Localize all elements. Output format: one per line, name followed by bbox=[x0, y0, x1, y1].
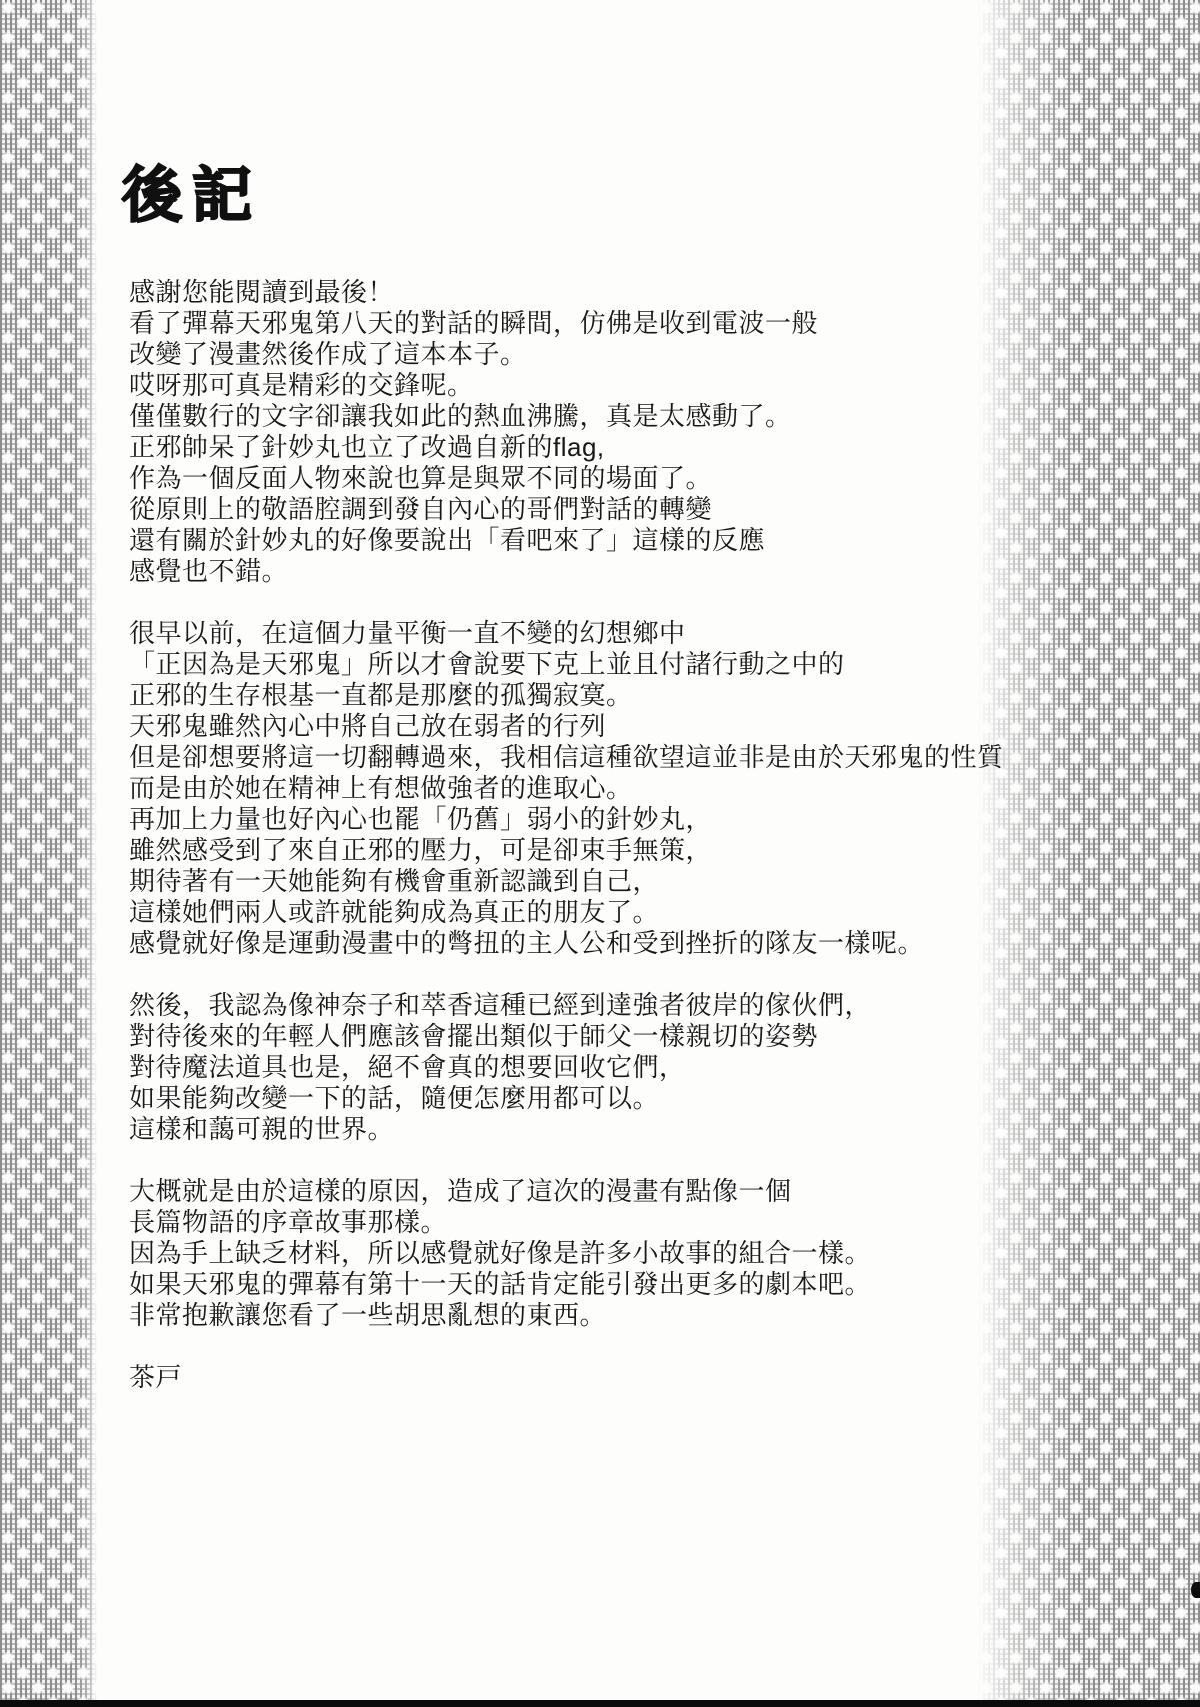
text-line: 哎呀那可真是精彩的交鋒呢。 bbox=[129, 370, 1029, 401]
text-line: 但是卻想要將這一切翻轉過來，我相信這種欲望這並非是由於天邪鬼的性質 bbox=[129, 742, 1029, 773]
paragraph: 然後，我認為像神奈子和萃香這種已經到達強者彼岸的傢伙們， 對待後來的年輕人們應該… bbox=[129, 990, 1029, 1145]
text-line: 「正因為是天邪鬼」所以才會說要下克上並且付諸行動之中的 bbox=[129, 649, 1029, 680]
text-line: 看了彈幕天邪鬼第八天的對話的瞬間，仿佛是收到電波一般 bbox=[129, 308, 1029, 339]
text-line: 感謝您能閱讀到最後！ bbox=[129, 277, 1029, 308]
text-line: 正邪帥呆了針妙丸也立了改過自新的flag, bbox=[129, 432, 1029, 463]
paragraph: 感謝您能閱讀到最後！ 看了彈幕天邪鬼第八天的對話的瞬間，仿佛是收到電波一般 改變… bbox=[129, 277, 1029, 587]
page-title: 後記 bbox=[122, 148, 262, 234]
text-line: 這樣和藹可親的世界。 bbox=[129, 1114, 1029, 1145]
text-line: 還有關於針妙丸的好像要說出「看吧來了」這樣的反應 bbox=[129, 525, 1029, 556]
text-line: 雖然感受到了來自正邪的壓力，可是卻束手無策， bbox=[129, 835, 1029, 866]
text-line: 如果能夠改變一下的話，隨便怎麼用都可以。 bbox=[129, 1083, 1029, 1114]
text-line: 對待後來的年輕人們應該會擺出類似于師父一樣親切的姿勢 bbox=[129, 1021, 1029, 1052]
scan-artifact bbox=[1191, 1582, 1200, 1598]
text-line: 因為手上缺乏材料，所以感覺就好像是許多小故事的組合一樣。 bbox=[129, 1238, 1029, 1269]
text-line: 長篇物語的序章故事那樣。 bbox=[129, 1207, 1029, 1238]
text-line: 很早以前，在這個力量平衡一直不變的幻想鄉中 bbox=[129, 618, 1029, 649]
text-line: 正邪的生存根基一直都是那麼的孤獨寂寞。 bbox=[129, 680, 1029, 711]
scan-edge-bottom bbox=[0, 1700, 1200, 1707]
text-line: 感覺就好像是運動漫畫中的彆扭的主人公和受到挫折的隊友一樣呢。 bbox=[129, 928, 1029, 959]
text-line: 期待著有一天她能夠有機會重新認識到自己， bbox=[129, 866, 1029, 897]
text-line: 作為一個反面人物來說也算是與眾不同的場面了。 bbox=[129, 463, 1029, 494]
text-line: 然後，我認為像神奈子和萃香這種已經到達強者彼岸的傢伙們， bbox=[129, 990, 1029, 1021]
paragraph: 很早以前，在這個力量平衡一直不變的幻想鄉中 「正因為是天邪鬼」所以才會說要下克上… bbox=[129, 618, 1029, 959]
text-line: 天邪鬼雖然內心中將自己放在弱者的行列 bbox=[129, 711, 1029, 742]
text-line: 如果天邪鬼的彈幕有第十一天的話肯定能引發出更多的劇本吧。 bbox=[129, 1269, 1029, 1300]
text-line: 非常抱歉讓您看了一些胡思亂想的東西。 bbox=[129, 1300, 1029, 1331]
text-line: 感覺也不錯。 bbox=[129, 556, 1029, 587]
paragraph: 大概就是由於這樣的原因，造成了這次的漫畫有點像一個 長篇物語的序章故事那樣。 因… bbox=[129, 1176, 1029, 1331]
text-line: 對待魔法道具也是，絕不會真的想要回收它們， bbox=[129, 1052, 1029, 1083]
text-line: 大概就是由於這樣的原因，造成了這次的漫畫有點像一個 bbox=[129, 1176, 1029, 1207]
text-line: 改變了漫畫然後作成了這本本子。 bbox=[129, 339, 1029, 370]
text-line: 從原則上的敬語腔調到發自內心的哥們對話的轉變 bbox=[129, 494, 1029, 525]
afterword-body: 感謝您能閱讀到最後！ 看了彈幕天邪鬼第八天的對話的瞬間，仿佛是收到電波一般 改變… bbox=[129, 277, 1029, 1393]
text-line: 僅僅數行的文字卻讓我如此的熱血沸騰，真是太感動了。 bbox=[129, 401, 1029, 432]
halftone-border-left bbox=[0, 0, 97, 1707]
text-line: 而是由於她在精神上有想做強者的進取心。 bbox=[129, 773, 1029, 804]
text-line: 再加上力量也好內心也罷「仍舊」弱小的針妙丸， bbox=[129, 804, 1029, 835]
text-line: 這樣她們兩人或許就能夠成為真正的朋友了。 bbox=[129, 897, 1029, 928]
author-signature: 茶戸 bbox=[129, 1362, 1029, 1393]
